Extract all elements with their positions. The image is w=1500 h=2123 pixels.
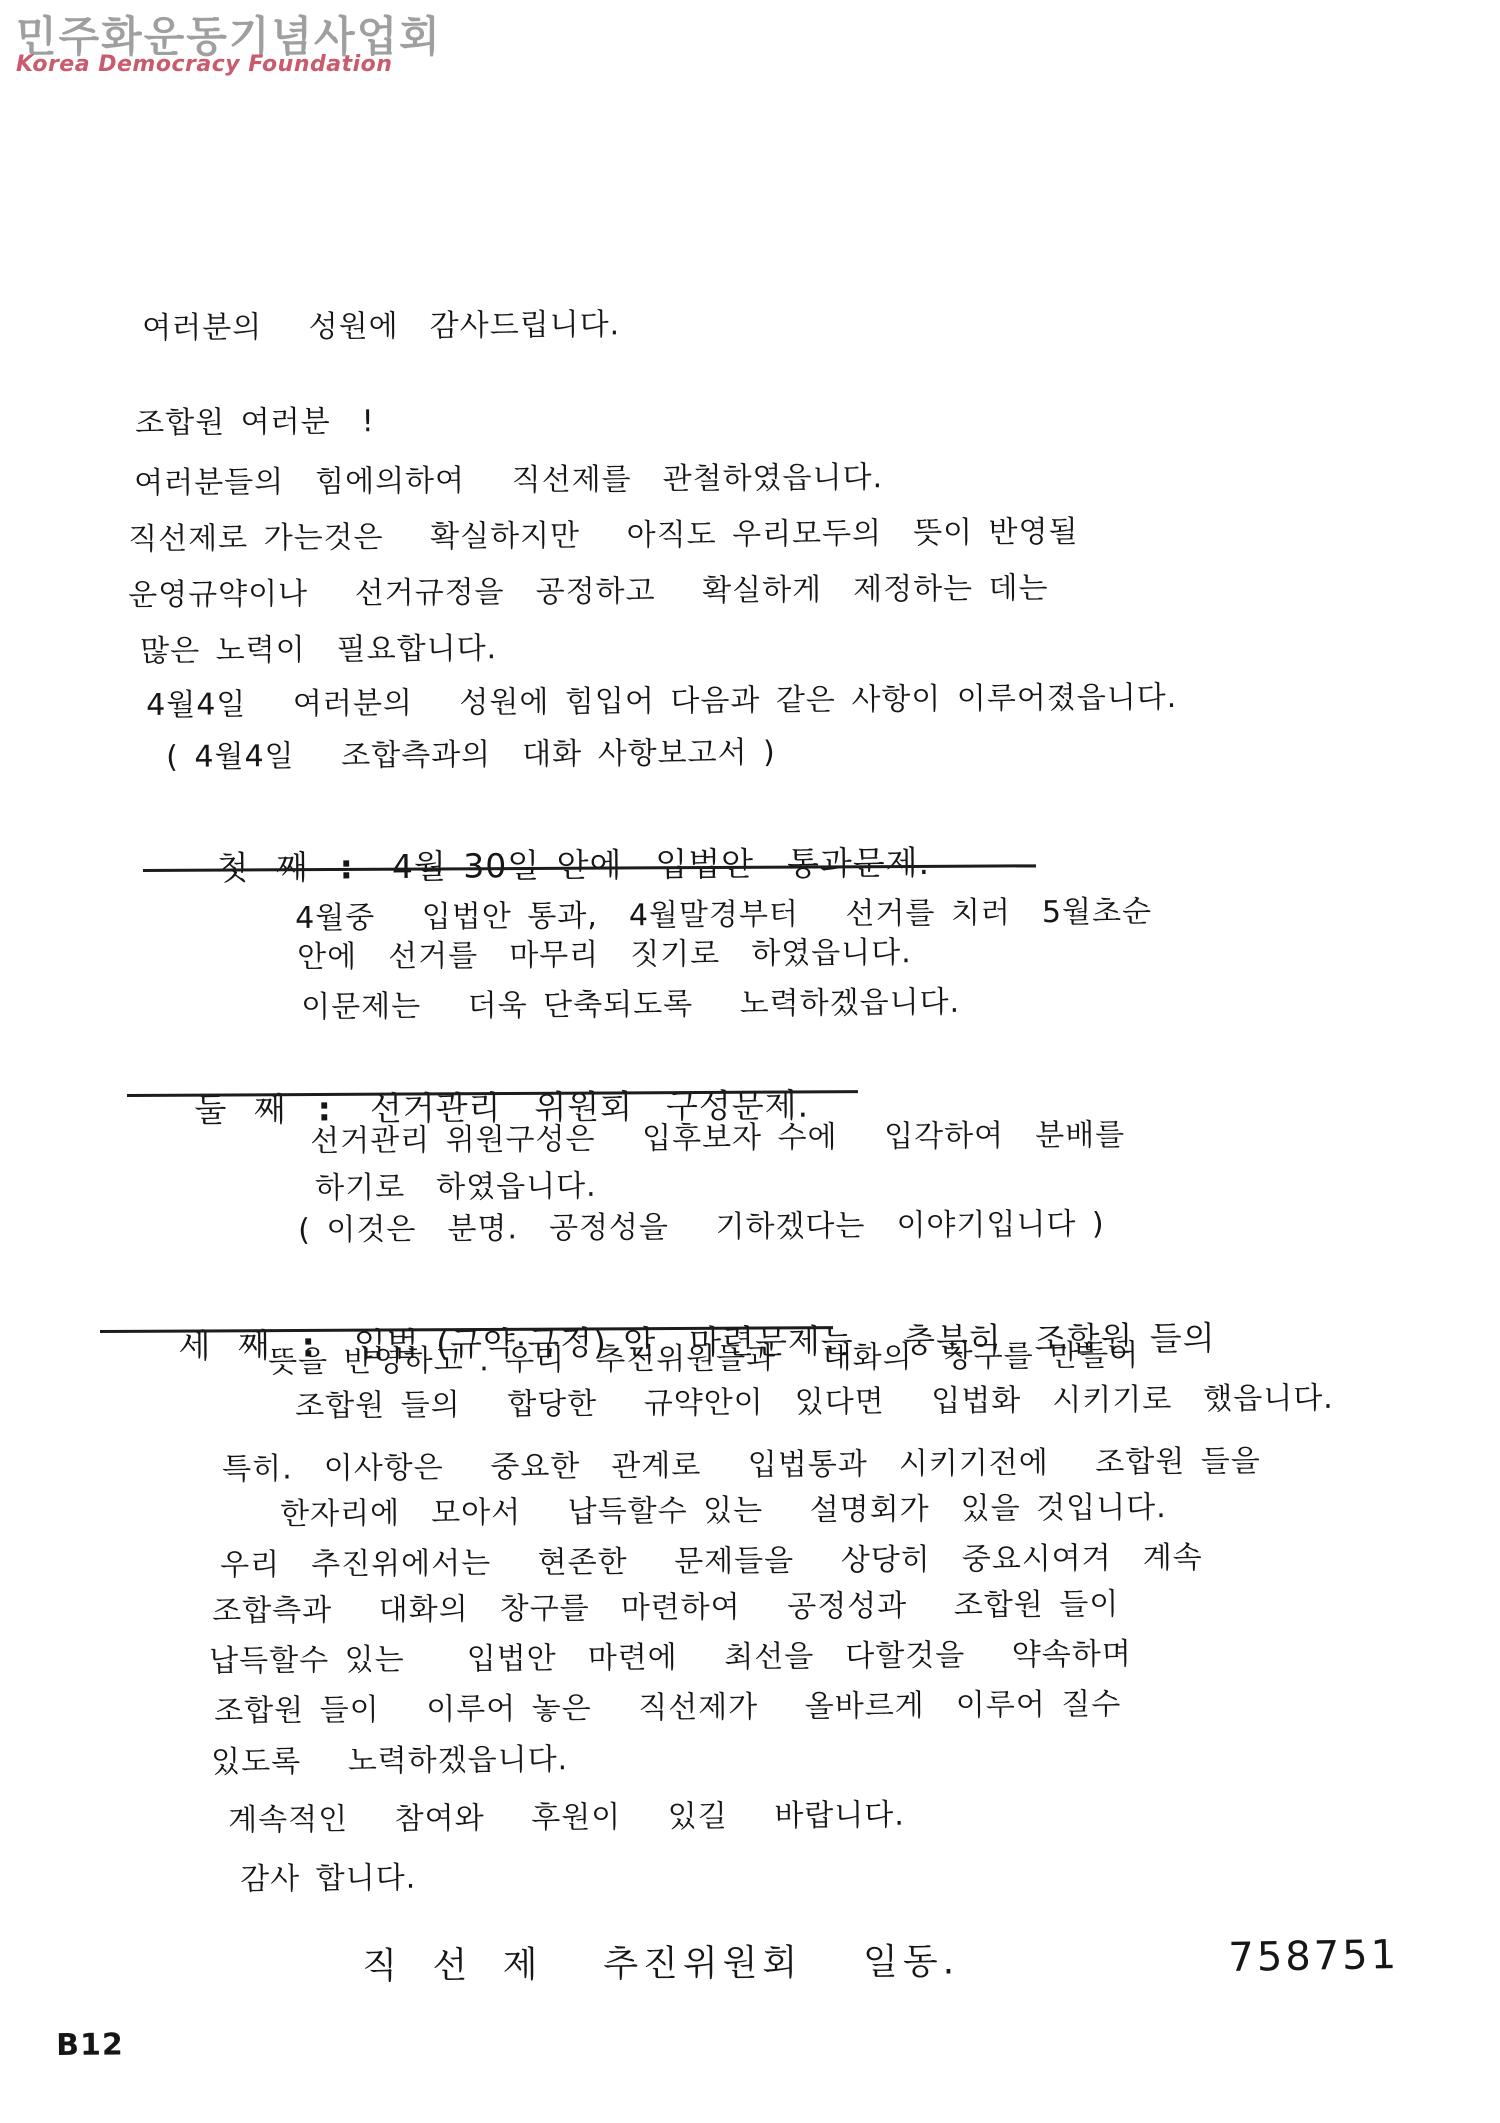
document-page: 민주화운동기념사업회 Korea Democracy Foundation 여러… bbox=[0, 0, 1500, 2123]
closing-line: 한자리에 모아서 납득할수 있는 설명회가 있을 것입니다. bbox=[280, 1482, 1167, 1533]
closing-line: 납득할수 있는 입법안 마련에 최선을 다할것을 약속하며 bbox=[209, 1629, 1132, 1680]
section-body-line: 안에 선거를 마무리 짓기로 하였읍니다. bbox=[297, 927, 912, 976]
page-marker: B12 bbox=[56, 2027, 124, 2063]
section-body-line: 뜻을 반영하고 . 우리 추진위원들과 대화의 창구를 만들어 bbox=[268, 1330, 1139, 1381]
intro-line: 여러분들의 힘에의하여 직선제를 관철하였읍니다. bbox=[134, 452, 883, 502]
intro-line: ( 4월4일 조합측과의 대화 사항보고서 ) bbox=[166, 727, 776, 776]
closing-line: 있도록 노력하겠읍니다. bbox=[211, 1734, 568, 1781]
intro-line: 4월4일 여러분의 성원에 힘입어 다음과 같은 사항이 이루어졌읍니다. bbox=[146, 672, 1177, 724]
closing-line: 감사 합니다. bbox=[240, 1853, 416, 1898]
section-body-line: 조합원 들의 합당한 규약안이 있다면 입법화 시키기로 했읍니다. bbox=[295, 1373, 1334, 1425]
intro-line: 많은 노력이 필요합니다. bbox=[140, 623, 497, 670]
closing-line: 계속적인 참여와 후원이 있길 바랍니다. bbox=[228, 1790, 905, 1839]
salutation-line: 조합원 여러분 ! bbox=[135, 396, 375, 442]
section-body-line: 선거관리 위원구성은 입후보자 수에 입각하여 분배를 bbox=[310, 1110, 1125, 1160]
section-body-line: 하기로 하였읍니다. bbox=[315, 1161, 597, 1207]
archive-number: 758751 bbox=[1228, 1932, 1399, 1981]
intro-line: 직선제로 가는것은 확실하지만 아직도 우리모두의 뜻이 반영될 bbox=[128, 507, 1079, 558]
closing-line: 조합원 들이 이루어 놓은 직선제가 올바르게 이루어 질수 bbox=[214, 1679, 1121, 1730]
intro-line: 운영규약이나 선거규정을 공정하고 확실하게 제정하는 데는 bbox=[128, 563, 1049, 614]
signature-line: 직 선 제 추진위원회 일동. bbox=[362, 1933, 959, 1989]
closing-line: 우리 추진위에서는 현존한 문제들을 상당히 중요시여겨 계속 bbox=[220, 1532, 1203, 1584]
greeting-line: 여러분의 성원에 감사드립니다. bbox=[142, 299, 620, 347]
section-body-line: 이문제는 더욱 단축되도록 노력하겠읍니다. bbox=[301, 977, 960, 1026]
foundation-logo-english: Korea Democracy Foundation bbox=[16, 52, 392, 77]
closing-line: 특히. 이사항은 중요한 관계로 입법통과 시키기전에 조합원 들을 bbox=[222, 1436, 1261, 1488]
closing-line: 조합측과 대화의 창구를 마련하여 공정성과 조합원 들이 bbox=[212, 1579, 1119, 1630]
section-body-line: ( 이것은 분명. 공정성을 기하겠다는 이야기입니다 ) bbox=[298, 1199, 1105, 1249]
